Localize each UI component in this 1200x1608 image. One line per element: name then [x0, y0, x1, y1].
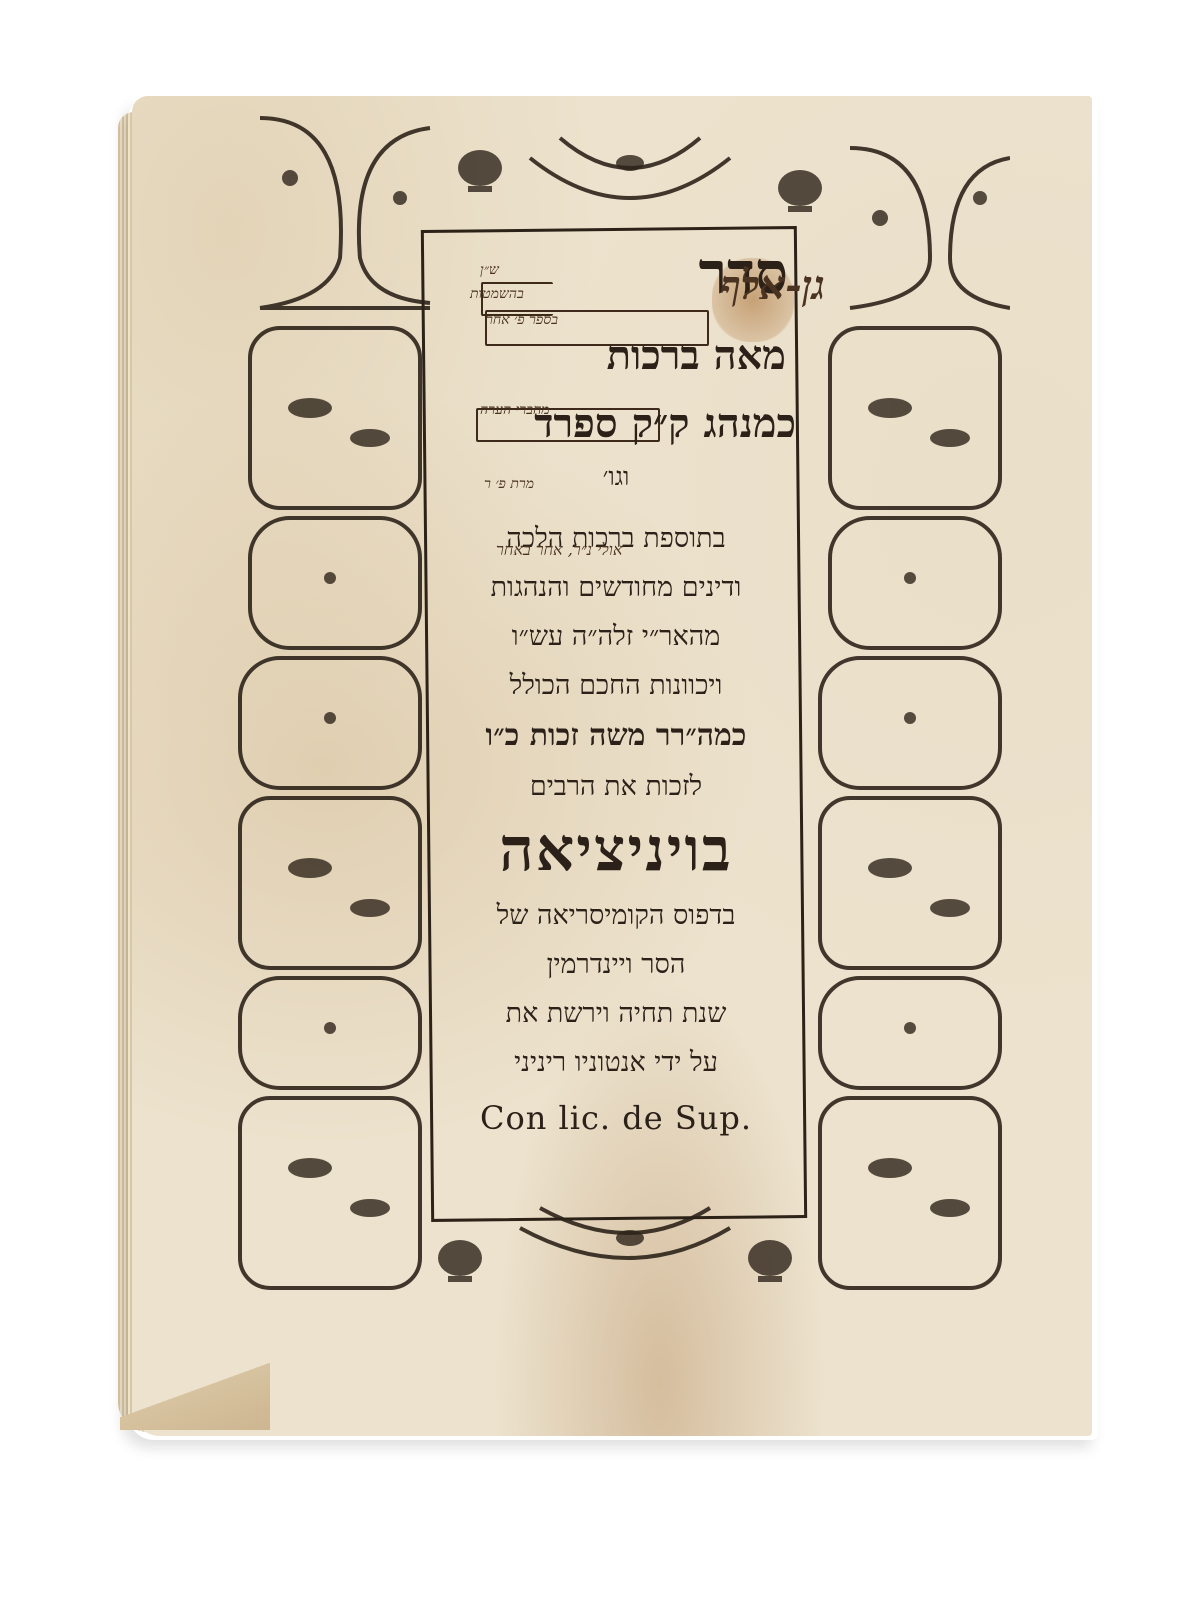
handwritten-stained-note: גן-אלף — [720, 262, 825, 309]
text-line-year: שנת תחיה וירשת את — [436, 1000, 796, 1027]
text-line: ודינים מחודשים והנהגות — [436, 574, 796, 601]
text-line-printer: הסר ויינדרמין — [436, 951, 796, 978]
handwritten-margin-note: בספר פ׳ אחר — [486, 312, 558, 329]
text-line-author: כמה״רר משה זכות כ״ו — [436, 721, 796, 751]
handwritten-margin-note: מחברי הערה — [480, 402, 550, 419]
worn-corner — [120, 1350, 270, 1430]
text-line: ויכוונות החכם הכולל — [436, 672, 796, 699]
text-line: לזכות את הרבים — [436, 773, 796, 800]
license-latin: Con lic. de Sup. — [436, 1102, 796, 1134]
handwritten-margin-note: ש״ן — [480, 262, 499, 279]
text-line-printer: בדפוס הקומיסריאה של — [436, 902, 796, 929]
handwritten-margin-note: בהשמטות — [470, 286, 524, 303]
text-line: מהאר״י זלה״ה עש״ו — [436, 623, 796, 650]
title-page-text: סדר מאה ברכות כמנהג ק״ק ספרד וגו׳ בתוספת… — [436, 236, 796, 1134]
text-line-typesetter: על ידי אנטוניו ריניני — [436, 1049, 796, 1076]
imprint-venice: בויניציאה — [436, 820, 796, 880]
handwritten-margin-note: מרת פ׳ ר — [484, 476, 534, 493]
handwritten-margin-note: אולי נ״ר, אחר באחר — [496, 540, 622, 560]
title-meah-berakhot: מאה ברכות — [436, 336, 796, 376]
